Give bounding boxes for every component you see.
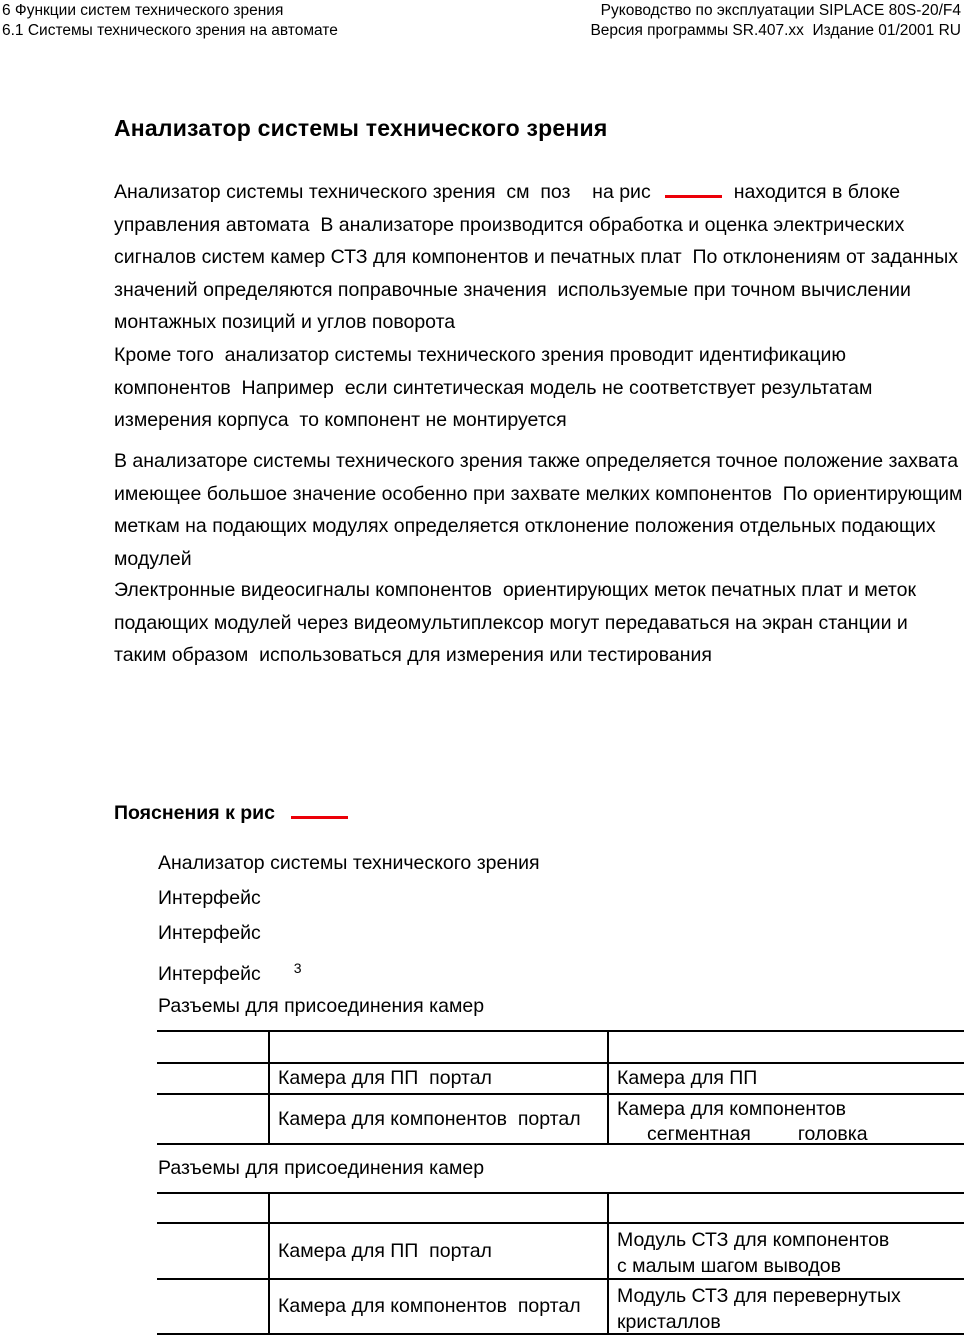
table-cell: Камера для ПП портал — [268, 1224, 607, 1278]
legend-heading-label: Пояснения к рис — [114, 802, 275, 824]
table-cell-line: Модуль СТЗ для компонентов — [617, 1227, 956, 1253]
table-cell-line: сегментнаяголовка — [617, 1122, 956, 1147]
table-cell: Камера для ПП — [607, 1064, 964, 1093]
legend-list: Анализатор системы технического зрения И… — [158, 846, 540, 986]
table-cell: Камера для компонентов сегментнаяголовка — [607, 1095, 964, 1143]
table-cell-empty — [157, 1280, 268, 1333]
paragraph-text: находится в блоке управления автомата В … — [114, 181, 958, 333]
section-label-camera-connectors-1: Разъемы для присоединения камер — [158, 995, 484, 1018]
table-cell: Камера для компонентов портал — [268, 1280, 607, 1333]
table-cell-line: Модуль СТЗ для перевернутых — [617, 1283, 956, 1309]
table-cell: Камера для ПП портал — [268, 1064, 607, 1093]
camera-connectors-table-1: Камера для ПП портал Камера для ПП Камер… — [157, 1030, 964, 1145]
table-cell-word: сегментная — [647, 1123, 751, 1145]
table-cell-empty — [157, 1064, 268, 1093]
table-cell-empty — [607, 1032, 964, 1062]
header-chapter-line: 6 Функции систем технического зрения — [2, 1, 338, 21]
camera-connectors-table-2: Камера для ПП портал Модуль СТЗ для комп… — [157, 1192, 964, 1335]
table-cell-empty — [157, 1194, 268, 1222]
header-section-line: 6.1 Системы технического зрения на автом… — [2, 21, 338, 41]
paragraph-pickup-position: В анализаторе системы технического зрени… — [114, 445, 964, 575]
header-version-line: Версия программы SR.407.xx Издание 01/20… — [590, 21, 961, 41]
table-cell-empty — [607, 1194, 964, 1222]
table-cell-line: Камера для компонентов — [617, 1097, 956, 1122]
table-row-header — [157, 1194, 964, 1224]
table-cell-empty — [157, 1224, 268, 1278]
legend-item-label: Интерфейс — [158, 963, 261, 985]
table-row: Камера для компонентов портал Камера для… — [157, 1095, 964, 1145]
page-title: Анализатор системы технического зрения — [114, 115, 607, 142]
table-row-header — [157, 1032, 964, 1064]
page-header-left: 6 Функции систем технического зрения 6.1… — [2, 1, 338, 40]
table-row: Камера для ПП портал Камера для ПП — [157, 1064, 964, 1095]
table-cell: Модуль СТЗ для перевернутых кристаллов — [607, 1280, 964, 1333]
table-cell-line: кристаллов — [617, 1309, 956, 1335]
table-cell-empty — [268, 1194, 607, 1222]
section-label-camera-connectors-2: Разъемы для присоединения камер — [158, 1157, 484, 1180]
legend-item-interface-3: Интерфейс3 — [158, 951, 540, 986]
table-row: Камера для компонентов портал Модуль СТЗ… — [157, 1280, 964, 1335]
table-cell: Камера для компонентов портал — [268, 1095, 607, 1143]
table-cell-empty — [157, 1032, 268, 1062]
table-cell-word: головка — [798, 1123, 868, 1145]
figure-ref-underline[interactable] — [665, 182, 722, 198]
table-row: Камера для ПП портал Модуль СТЗ для комп… — [157, 1224, 964, 1280]
legend-item-interface-2: Интерфейс — [158, 916, 540, 951]
table-cell-line: с малым шагом выводов — [617, 1253, 956, 1279]
table-cell: Модуль СТЗ для компонентов с малым шагом… — [607, 1224, 964, 1278]
legend-item-interface-1: Интерфейс — [158, 881, 540, 916]
paragraph-analyzer-intro: Анализатор системы технического зрения с… — [114, 176, 964, 339]
paragraph-text: Анализатор системы технического зрения с… — [114, 181, 651, 203]
paragraph-video-signals: Электронные видеосигналы компонентов ори… — [114, 574, 964, 672]
footnote-marker: 3 — [294, 960, 302, 976]
legend-heading: Пояснения к рис — [114, 802, 348, 825]
legend-item-analyzer: Анализатор системы технического зрения — [158, 846, 540, 881]
figure-ref-underline[interactable] — [291, 803, 348, 819]
page-header-right: Руководство по эксплуатации SIPLACE 80S-… — [590, 1, 961, 40]
table-cell-empty — [268, 1032, 607, 1062]
paragraph-component-identification: Кроме того анализатор системы техническо… — [114, 339, 964, 437]
table-cell-empty — [157, 1095, 268, 1143]
header-manual-line: Руководство по эксплуатации SIPLACE 80S-… — [590, 1, 961, 21]
